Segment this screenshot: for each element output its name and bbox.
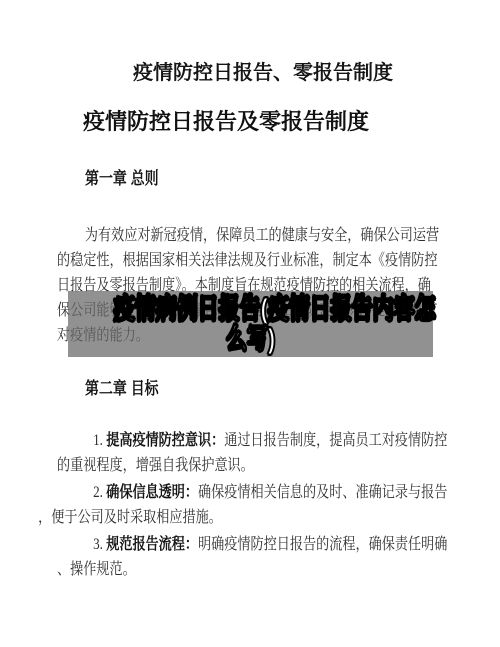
list-item-label: 确保信息透明：	[106, 484, 198, 501]
overlay-title-line2: 么写)	[114, 324, 388, 354]
chapter2-list: 1. 提高疫情防控意识：通过日报告制度，提高员工对疫情防控 的重视程度，增强自我…	[57, 428, 500, 582]
paragraph-line: 为有效应对新冠疫情，保障员工的健康与安全，确保公司运营	[57, 223, 500, 248]
list-item-label: 提高疫情防控意识：	[106, 432, 224, 449]
page-subtitle: 疫情防控日报告及零报告制度	[83, 110, 369, 134]
chapter2-heading: 第二章 目标	[85, 378, 159, 399]
page-title: 疫情防控日报告、零报告制度	[0, 62, 500, 84]
paragraph-line: 的稳定性，根据国家相关法律法规及行业标准，制定本《疫情防控	[57, 248, 500, 273]
list-item-line: 2. 确保信息透明：确保疫情相关信息的及时、准确记录与报告	[57, 480, 500, 505]
list-item-line: 3. 规范报告流程：明确疫情防控日报告的流程，确保责任明确	[57, 532, 500, 557]
list-item-text: 确保疫情相关信息的及时、准确记录与报告	[198, 484, 447, 501]
list-item-line: 、操作规范。	[57, 557, 500, 582]
list-item-line: ，便于公司及时采取相应措施。	[57, 505, 500, 530]
list-item-number: 3.	[93, 536, 106, 553]
list-item-label: 规范报告流程：	[106, 536, 198, 553]
chapter1-heading: 第一章 总则	[85, 168, 159, 189]
overlay-banner: 疫情病例日报告(疫情日报告内容怎 么写)	[68, 291, 433, 357]
list-item-text: 通过日报告制度，提高员工对疫情防控	[224, 432, 447, 449]
list-item-number: 2.	[93, 484, 106, 501]
overlay-title: 疫情病例日报告(疫情日报告内容怎 么写)	[114, 294, 388, 354]
list-item-line: 的重视程度，增强自我保护意识。	[57, 453, 500, 478]
document-page: 疫情防控日报告、零报告制度 疫情防控日报告及零报告制度 第一章 总则 为有效应对…	[0, 0, 500, 647]
list-item-number: 1.	[93, 432, 106, 449]
list-item-line: 1. 提高疫情防控意识：通过日报告制度，提高员工对疫情防控	[57, 428, 500, 453]
overlay-title-line1: 疫情病例日报告(疫情日报告内容怎	[114, 294, 388, 324]
list-item-text: 明确疫情防控日报告的流程，确保责任明确	[198, 536, 447, 553]
